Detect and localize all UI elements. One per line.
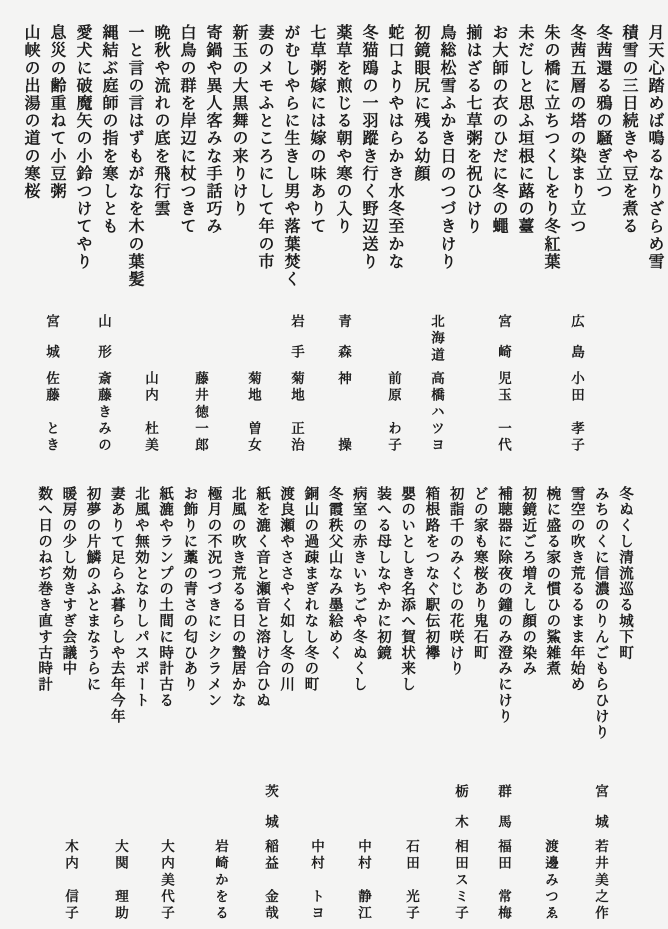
haiku-line: 縄結ぶ庭師の指を寒しとも <box>95 24 121 288</box>
author-name: 高橋ハツヨ <box>426 371 446 455</box>
haiku-line: みちのくに信濃のりんごもらひけり <box>589 486 613 740</box>
haiku-line: どの家も寒桜あり鬼石町 <box>468 486 492 740</box>
haiku-line: 妻のメモふところにして年の市 <box>251 24 277 288</box>
haiku-line: 紙を漉く音と瀬音と溶け合ひぬ <box>250 486 274 740</box>
author-name: 大内美代子 <box>156 839 176 923</box>
author-column: 石田 光子 <box>401 780 421 926</box>
haiku-line: 冬ぬくし清流巡る城下町 <box>613 486 637 740</box>
author-column: 岩手菊地 正治 <box>286 310 306 458</box>
author-name: 木内 信子 <box>60 839 80 923</box>
haiku-line: 初鏡近ごろ増えし顔の染み <box>516 486 540 740</box>
haiku-line: 鳥総松雪ふかき日のつづきけり <box>433 24 459 288</box>
author-name: 斎藤きみの <box>93 371 113 455</box>
haiku-line: 未だしと思ふ垣根に蕗の薹 <box>511 24 537 288</box>
haiku-line: 初詣千のみくじの花咲けり <box>443 486 467 740</box>
haiku-line: 寄鍋や異人客みな手話巧み <box>199 24 225 288</box>
left-page-authors: 宮城若井美之作渡邊みつゑ群馬福田 常梅栃木相田スミ子石田 光子中村 静江中村 ト… <box>0 780 668 926</box>
haiku-line: 病室の赤きいちごや冬ぬくし <box>347 486 371 740</box>
haiku-line: 冬猫鴎の一羽蹤き行く野辺送り <box>355 24 381 288</box>
prefecture-label: 栃木 <box>450 784 470 845</box>
author-name: 若井美之作 <box>590 839 610 923</box>
haiku-line: 暖房の少し効きすぎ会議中 <box>56 486 80 740</box>
haiku-line: お飾りに藁の青さの匂ひあり <box>177 486 201 740</box>
author-column: 菊地 曽女 <box>243 310 263 458</box>
right-page-poems: 月天心踏めば鳴るなりざらめ雪積雪の三日続きや豆を煮る冬茜還る鴉の騒ぎ立つ冬茜五層… <box>17 24 667 288</box>
haiku-line: 積雪の三日続きや豆を煮る <box>615 24 641 288</box>
author-column: 中村 静江 <box>353 780 373 926</box>
haiku-line: 北風や無効となりしパスポート <box>129 486 153 740</box>
haiku-line: 数へ日のねぢ巻き直す古時計 <box>32 486 56 740</box>
author-column: 中村 トヨ <box>306 780 326 926</box>
author-name: 神 操 <box>333 371 353 455</box>
haiku-line: 銅山の過疎まぎれなし冬の町 <box>298 486 322 740</box>
haiku-line: 七草粥嫁には嫁の味ありて <box>303 24 329 288</box>
author-column: 広島小田 孝子 <box>566 310 586 458</box>
author-name: 菊地 正治 <box>286 371 306 455</box>
haiku-line: 晩秋や流れの底を飛行雲 <box>147 24 173 288</box>
author-column: 藤井徳一郎 <box>190 310 210 458</box>
haiku-line: 白鳥の群を岸辺に杖つきて <box>173 24 199 288</box>
author-name: 福田 常梅 <box>493 839 513 923</box>
haiku-line: 息災の齢重ねて小豆粥 <box>43 24 69 288</box>
author-name: 藤井徳一郎 <box>190 371 210 455</box>
haiku-line: 初夢の片鱗のふとまなうらに <box>80 486 104 740</box>
haiku-line: 朱の橋に立ちつくしをり冬紅葉 <box>537 24 563 288</box>
left-page-poems: 冬ぬくし清流巡る城下町みちのくに信濃のりんごもらひけり雪空の吹き荒るるまま年始め… <box>32 486 637 740</box>
haiku-line: 箱根路をつなぐ駅伝初襷 <box>419 486 443 740</box>
prefecture-label: 茨城 <box>260 784 280 845</box>
haiku-line: 冬霞秩父山なみ墨絵めく <box>322 486 346 740</box>
haiku-line: 極月の不況つづきにシクラメン <box>201 486 225 740</box>
haiku-line: 雪空の吹き荒るるまま年始め <box>564 486 588 740</box>
author-column: 宮城佐藤 とき <box>41 310 61 458</box>
haiku-line: 補聴器に除夜の鐘のみ澄みにけり <box>492 486 516 740</box>
prefecture-label: 青森 <box>333 314 353 375</box>
author-column: 群馬福田 常梅 <box>493 780 513 926</box>
author-column: 前原 わ子 <box>383 310 403 458</box>
prefecture-label: 宮城 <box>41 314 61 375</box>
prefecture-label: 宮崎 <box>493 314 513 375</box>
haiku-line: 月天心踏めば鳴るなりざらめ雪 <box>641 24 667 288</box>
haiku-line: 薬草を煎じる朝や寒の入り <box>329 24 355 288</box>
haiku-line: 初鏡眼尻に残る幼顔 <box>407 24 433 288</box>
author-column: 山形斎藤きみの <box>93 310 113 458</box>
haiku-line: 蛇口よりやはらかき水冬至かな <box>381 24 407 288</box>
right-page-authors: 広島小田 孝子宮崎児玉 一代北海道高橋ハツヨ前原 わ子青森神 操岩手菊地 正治菊… <box>0 310 668 458</box>
haiku-line: 北風の吹き荒るる日の蟄居かな <box>226 486 250 740</box>
haiku-line: 一と言の言はずもがなを木の葉髪 <box>121 24 147 288</box>
author-name: 稲益 金哉 <box>260 839 280 923</box>
haiku-line: 椀に盛る家の慣ひの鯊雑煮 <box>540 486 564 740</box>
author-name: 山内 杜美 <box>140 371 160 455</box>
haiku-line: 愛犬に破魔矢の小鈴つけてやり <box>69 24 95 288</box>
author-column: 栃木相田スミ子 <box>450 780 470 926</box>
author-name: 中村 静江 <box>353 839 373 923</box>
haiku-line: 嬰のいとしき名添へ賀状来し <box>395 486 419 740</box>
author-column: 北海道高橋ハツヨ <box>426 310 446 458</box>
haiku-line: 新玉の大黒舞の来りけり <box>225 24 251 288</box>
prefecture-label: 北海道 <box>426 314 446 364</box>
haiku-line: 妻ありて足らふ暮らしや去年今年 <box>105 486 129 740</box>
haiku-line: 冬茜還る鴉の騒ぎ立つ <box>589 24 615 288</box>
haiku-line: 冬茜五層の塔の染まり立つ <box>563 24 589 288</box>
author-column: 大関 理助 <box>110 780 130 926</box>
author-name: 岩崎かをる <box>210 839 230 923</box>
author-column: 木内 信子 <box>60 780 80 926</box>
haiku-magazine-page: 月天心踏めば鳴るなりざらめ雪積雪の三日続きや豆を煮る冬茜還る鴉の騒ぎ立つ冬茜五層… <box>0 0 668 929</box>
author-name: 佐藤 とき <box>41 371 61 455</box>
haiku-line: がむしやらに生きし男や落葉焚く <box>277 24 303 288</box>
author-column: 渡邊みつゑ <box>540 780 560 926</box>
haiku-line: 渡良瀬やささやく如し冬の川 <box>274 486 298 740</box>
prefecture-label: 岩手 <box>286 314 306 375</box>
author-column: 山内 杜美 <box>140 310 160 458</box>
author-column: 岩崎かをる <box>210 780 230 926</box>
author-column: 青森神 操 <box>333 310 353 458</box>
haiku-line: お大師の衣のひだに冬の蠅 <box>485 24 511 288</box>
haiku-line: 山峡の出湯の道の寒桜 <box>17 24 43 288</box>
haiku-line: 揃はざる七草粥を祝ひけり <box>459 24 485 288</box>
author-column: 宮崎児玉 一代 <box>493 310 513 458</box>
author-name: 大関 理助 <box>110 839 130 923</box>
prefecture-label: 山形 <box>93 314 113 375</box>
author-name: 石田 光子 <box>401 839 421 923</box>
prefecture-label: 宮城 <box>590 784 610 845</box>
author-column: 茨城稲益 金哉 <box>260 780 280 926</box>
author-name: 小田 孝子 <box>566 371 586 455</box>
prefecture-label: 広島 <box>566 314 586 375</box>
author-name: 渡邊みつゑ <box>540 839 560 923</box>
author-name: 中村 トヨ <box>306 839 326 923</box>
author-column: 大内美代子 <box>156 780 176 926</box>
prefecture-label: 群馬 <box>493 784 513 845</box>
author-name: 前原 わ子 <box>383 371 403 455</box>
author-name: 児玉 一代 <box>493 371 513 455</box>
haiku-line: 紙漉やランプの土間に時計古る <box>153 486 177 740</box>
author-column: 宮城若井美之作 <box>590 780 610 926</box>
author-name: 菊地 曽女 <box>243 371 263 455</box>
author-name: 相田スミ子 <box>450 839 470 923</box>
haiku-line: 装へる母しなやかに初鏡 <box>371 486 395 740</box>
